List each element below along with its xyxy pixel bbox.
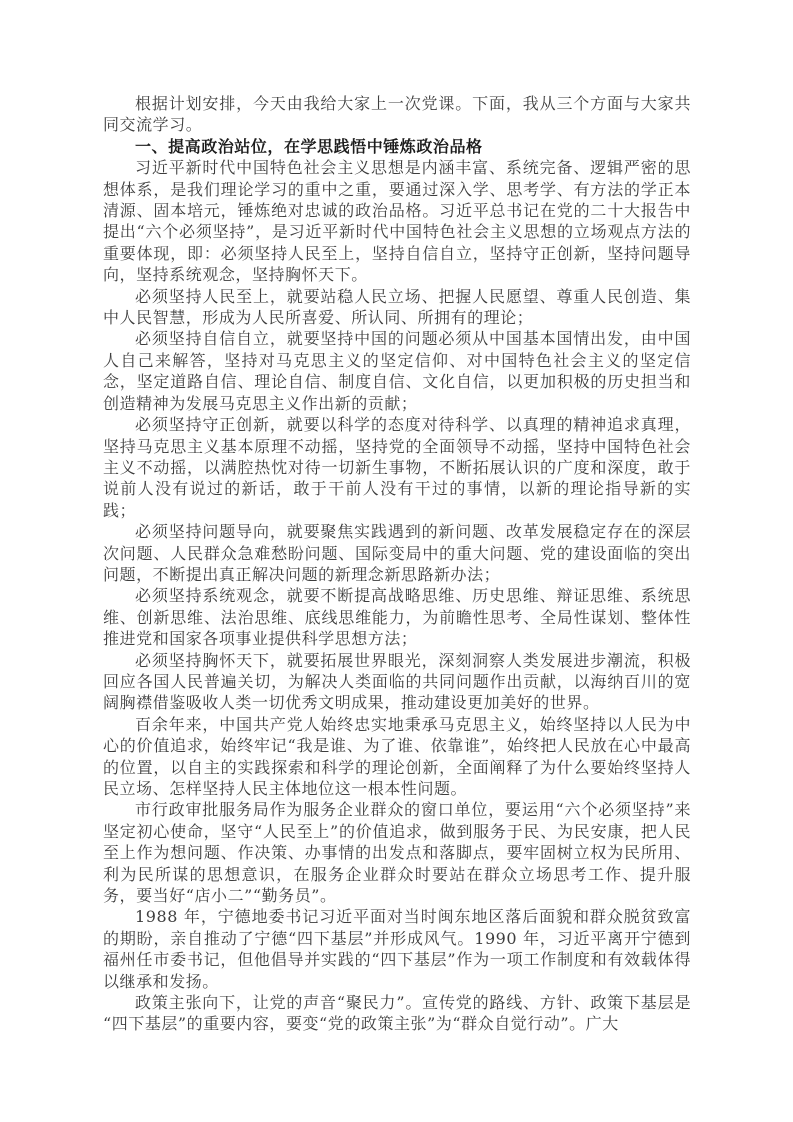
paragraph-century-review: 百余年来，中国共产党人始终忠实地秉承马克思主义，始终坚持以人民为中心的价值追求，… [103, 714, 691, 800]
paragraph-global-vision: 必须坚持胸怀天下，就要拓展世界眼光，深刻洞察人类发展进步潮流，积极回应各国人民普… [103, 650, 691, 714]
paragraph-people-first: 必须坚持人民至上，就要站稳人民立场、把握人民愿望、尊重人民创造、集中人民智慧，形… [103, 286, 691, 329]
paragraph-system-concept: 必须坚持系统观念，就要不断提高战略思维、历史思维、辩证思维、系统思维、创新思维、… [103, 585, 691, 649]
document-body: 根据计划安排，今天由我给大家上一次党课。下面，我从三个方面与大家共同交流学习。 … [103, 93, 691, 1035]
paragraph-problem-orientation: 必须坚持问题导向，就要聚焦实践遇到的新问题、改革发展稳定存在的深层次问题、人民群… [103, 521, 691, 585]
paragraph-1988-ningde: 1988 年，宁德地委书记习近平面对当时闽东地区落后面貌和群众脱贫致富的期盼，亲… [103, 906, 691, 992]
document-page: 根据计划安排，今天由我给大家上一次党课。下面，我从三个方面与大家共同交流学习。 … [0, 0, 793, 1122]
paragraph-six-persistences-intro: 习近平新时代中国特色社会主义思想是内涵丰富、系统完备、逻辑严密的思想体系，是我们… [103, 157, 691, 285]
section-1-heading: 一、提高政治站位，在学思践悟中锤炼政治品格 [103, 136, 691, 157]
paragraph-policy-downward: 政策主张向下，让党的声音“聚民力”。宣传党的路线、方针、政策下基层是“四下基层”… [103, 992, 691, 1035]
paragraph-self-confidence: 必须坚持自信自立，就要坚持中国的问题必须从中国基本国情出发，由中国人自己来解答，… [103, 328, 691, 414]
paragraph-integrity-innovation: 必须坚持守正创新，就要以科学的态度对待科学、以真理的精神追求真理，坚持马克思主义… [103, 414, 691, 521]
paragraph-service-bureau: 市行政审批服务局作为服务企业群众的窗口单位，要运用“六个必须坚持”来坚定初心使命… [103, 799, 691, 906]
intro-paragraph: 根据计划安排，今天由我给大家上一次党课。下面，我从三个方面与大家共同交流学习。 [103, 93, 691, 136]
